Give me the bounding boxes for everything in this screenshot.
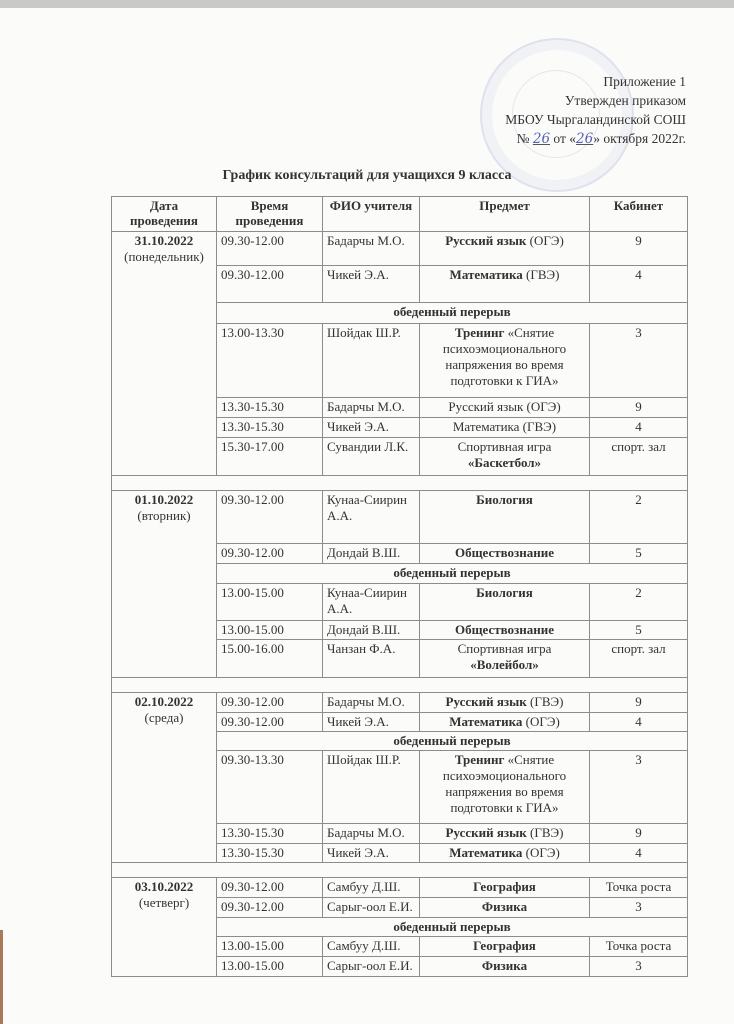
room-cell: спорт. зал <box>590 438 688 476</box>
time-cell: 13.30-15.30 <box>217 398 323 418</box>
room-cell: 4 <box>590 266 688 303</box>
time-cell: 13.00-15.00 <box>217 957 323 977</box>
time-cell: 09.30-12.00 <box>217 266 323 303</box>
teacher-cell: Бадарчы М.О. <box>323 398 420 418</box>
time-cell: 13.00-15.00 <box>217 621 323 640</box>
subject-cell: Русский язык (ГВЭ) <box>420 693 590 713</box>
room-cell: 2 <box>590 491 688 544</box>
room-cell: 9 <box>590 693 688 713</box>
subject-bold: География <box>473 938 536 953</box>
order-number: 26 <box>533 131 550 147</box>
subject-cell: Русский язык (ОГЭ) <box>420 232 590 266</box>
subject-bold: Обществознание <box>455 622 554 637</box>
date-cell: 31.10.2022(понедельник) <box>112 232 217 476</box>
subject-cell: География <box>420 878 590 898</box>
time-cell: 13.30-15.30 <box>217 824 323 844</box>
school-name: МБОУ Чыргаландинской СОШ <box>505 110 686 129</box>
weekday: (понедельник) <box>124 249 204 264</box>
room-cell: 2 <box>590 584 688 621</box>
teacher-cell: Бадарчы М.О. <box>323 824 420 844</box>
subject-cell: Спортивная игра«Волейбол» <box>420 640 590 678</box>
time-cell: 09.30-13.30 <box>217 751 323 824</box>
date-value: 01.10.2022 <box>116 492 212 508</box>
subject-bold: Математика <box>449 845 522 860</box>
subject-bold: Тренинг <box>455 325 505 340</box>
day-separator-row <box>112 863 688 878</box>
order-line: № 26 от «26» октября 2022г. <box>505 129 686 149</box>
subject-cell: Биология <box>420 584 590 621</box>
table-row: 02.10.2022(среда)09.30-12.00Бадарчы М.О.… <box>112 693 688 713</box>
date-cell: 03.10.2022(четверг) <box>112 878 217 977</box>
time-cell: 13.00-13.30 <box>217 324 323 398</box>
photo-left-edge <box>0 930 3 1024</box>
time-cell: 13.30-15.30 <box>217 844 323 863</box>
subject-cell: Биология <box>420 491 590 544</box>
date-cell: 01.10.2022(вторник) <box>112 491 217 678</box>
subject-detail: (ГВЭ) <box>527 825 564 840</box>
subject-detail: Русский язык (ОГЭ) <box>448 399 560 414</box>
subject-cell: Русский язык (ОГЭ) <box>420 398 590 418</box>
subject-bold: Биология <box>476 585 533 600</box>
consultation-schedule-table: Дата проведения Время проведения ФИО учи… <box>111 196 688 977</box>
time-cell: 13.00-15.00 <box>217 937 323 957</box>
header-date: Дата проведения <box>112 197 217 232</box>
teacher-cell: Чикей Э.А. <box>323 713 420 732</box>
time-cell: 09.30-12.00 <box>217 491 323 544</box>
table-row: 01.10.2022(вторник)09.30-12.00Кунаа-Сиир… <box>112 491 688 544</box>
appendix-label: Приложение 1 <box>505 72 686 91</box>
teacher-cell: Сарыг-оол Е.И. <box>323 898 420 918</box>
subject-bold: Русский язык <box>446 694 527 709</box>
teacher-cell: Кунаа-Сиирин А.А. <box>323 491 420 544</box>
time-cell: 09.30-12.00 <box>217 544 323 564</box>
room-cell: Точка роста <box>590 937 688 957</box>
time-cell: 09.30-12.00 <box>217 693 323 713</box>
subject-detail: (ОГЭ) <box>522 714 559 729</box>
subject-detail: (ОГЭ) <box>522 845 559 860</box>
subject-bold: География <box>473 879 536 894</box>
teacher-cell: Самбуу Д.Ш. <box>323 878 420 898</box>
teacher-cell: Дондай В.Ш. <box>323 544 420 564</box>
subject-detail: (ГВЭ) <box>527 694 564 709</box>
date-value: 02.10.2022 <box>116 694 212 710</box>
subject-detail: (ГВЭ) <box>523 267 560 282</box>
teacher-cell: Сувандии Л.К. <box>323 438 420 476</box>
header-room: Кабинет <box>590 197 688 232</box>
subject-bold: Биология <box>476 492 533 507</box>
time-cell: 09.30-12.00 <box>217 232 323 266</box>
subject-cell: Математика (ОГЭ) <box>420 844 590 863</box>
room-cell: 9 <box>590 824 688 844</box>
day-separator <box>112 678 688 693</box>
lunch-break-label: обеденный перерыв <box>217 564 688 584</box>
room-cell: 5 <box>590 544 688 564</box>
time-cell: 15.00-16.00 <box>217 640 323 678</box>
date-value: 03.10.2022 <box>116 879 212 895</box>
lunch-break-label: обеденный перерыв <box>217 732 688 751</box>
header-time: Время проведения <box>217 197 323 232</box>
subject-cell: Математика (ГВЭ) <box>420 266 590 303</box>
header-teacher: ФИО учителя <box>323 197 420 232</box>
subject-detail: Математика (ГВЭ) <box>453 419 556 434</box>
time-cell: 13.30-15.30 <box>217 418 323 438</box>
subject-cell: Математика (ОГЭ) <box>420 713 590 732</box>
date-cell: 02.10.2022(среда) <box>112 693 217 863</box>
subject-bold: Русский язык <box>446 825 527 840</box>
subject-cell: География <box>420 937 590 957</box>
table-row: 03.10.2022(четверг)09.30-12.00Самбуу Д.Ш… <box>112 878 688 898</box>
day-separator <box>112 476 688 491</box>
room-cell: 3 <box>590 898 688 918</box>
lunch-break-label: обеденный перерыв <box>217 303 688 324</box>
day-separator-row <box>112 476 688 491</box>
weekday: (среда) <box>145 710 184 725</box>
subject-cell: Обществознание <box>420 621 590 640</box>
room-cell: 9 <box>590 232 688 266</box>
subject-cell: Русский язык (ГВЭ) <box>420 824 590 844</box>
room-cell: 3 <box>590 324 688 398</box>
subject-cell: Физика <box>420 898 590 918</box>
day-separator-row <box>112 678 688 693</box>
room-cell: 3 <box>590 751 688 824</box>
room-cell: 4 <box>590 418 688 438</box>
teacher-cell: Чикей Э.А. <box>323 418 420 438</box>
approved-by-order: Утвержден приказом <box>505 91 686 110</box>
teacher-cell: Дондай В.Ш. <box>323 621 420 640</box>
header-subject: Предмет <box>420 197 590 232</box>
subject-bold: Математика <box>450 267 523 282</box>
room-cell: спорт. зал <box>590 640 688 678</box>
teacher-cell: Бадарчы М.О. <box>323 232 420 266</box>
subject-cell: Обществознание <box>420 544 590 564</box>
teacher-cell: Шойдак Ш.Р. <box>323 751 420 824</box>
subject-bold: Обществознание <box>455 545 554 560</box>
table-header-row: Дата проведения Время проведения ФИО учи… <box>112 197 688 232</box>
time-cell: 09.30-12.00 <box>217 898 323 918</box>
room-cell: 9 <box>590 398 688 418</box>
subject-cell: Тренинг «Снятие психоэмоционального напр… <box>420 324 590 398</box>
subject-bold: Русский язык <box>445 233 526 248</box>
time-cell: 15.30-17.00 <box>217 438 323 476</box>
lunch-break-label: обеденный перерыв <box>217 918 688 937</box>
subject-bold: «Баскетбол» <box>424 455 585 471</box>
subject-bold: Тренинг <box>455 752 505 767</box>
subject-cell: Тренинг «Снятие психоэмоционального напр… <box>420 751 590 824</box>
teacher-cell: Сарыг-оол Е.И. <box>323 957 420 977</box>
table-row: 31.10.2022(понедельник)09.30-12.00Бадарч… <box>112 232 688 266</box>
room-cell: 4 <box>590 844 688 863</box>
subject-bold: «Волейбол» <box>424 657 585 673</box>
weekday: (четверг) <box>139 895 189 910</box>
document-title: График консультаций для учащихся 9 класс… <box>0 168 734 184</box>
time-cell: 09.30-12.00 <box>217 878 323 898</box>
subject-bold: Физика <box>482 899 527 914</box>
room-cell: Точка роста <box>590 878 688 898</box>
subject-detail: Спортивная игра <box>458 641 552 656</box>
time-cell: 09.30-12.00 <box>217 713 323 732</box>
room-cell: 3 <box>590 957 688 977</box>
subject-bold: Математика <box>449 714 522 729</box>
time-cell: 13.00-15.00 <box>217 584 323 621</box>
subject-cell: Математика (ГВЭ) <box>420 418 590 438</box>
order-day: 26 <box>576 131 593 147</box>
approval-block: Приложение 1 Утвержден приказом МБОУ Чыр… <box>505 72 686 149</box>
room-cell: 4 <box>590 713 688 732</box>
subject-cell: Физика <box>420 957 590 977</box>
date-value: 31.10.2022 <box>116 233 212 249</box>
subject-bold: Физика <box>482 958 527 973</box>
teacher-cell: Чикей Э.А. <box>323 844 420 863</box>
weekday: (вторник) <box>137 508 190 523</box>
room-cell: 5 <box>590 621 688 640</box>
subject-detail: (ОГЭ) <box>526 233 563 248</box>
teacher-cell: Самбуу Д.Ш. <box>323 937 420 957</box>
teacher-cell: Бадарчы М.О. <box>323 693 420 713</box>
day-separator <box>112 863 688 878</box>
teacher-cell: Чанзан Ф.А. <box>323 640 420 678</box>
photo-top-edge <box>0 0 734 8</box>
teacher-cell: Чикей Э.А. <box>323 266 420 303</box>
teacher-cell: Кунаа-Сиирин А.А. <box>323 584 420 621</box>
subject-detail: Спортивная игра <box>458 439 552 454</box>
teacher-cell: Шойдак Ш.Р. <box>323 324 420 398</box>
subject-cell: Спортивная игра«Баскетбол» <box>420 438 590 476</box>
